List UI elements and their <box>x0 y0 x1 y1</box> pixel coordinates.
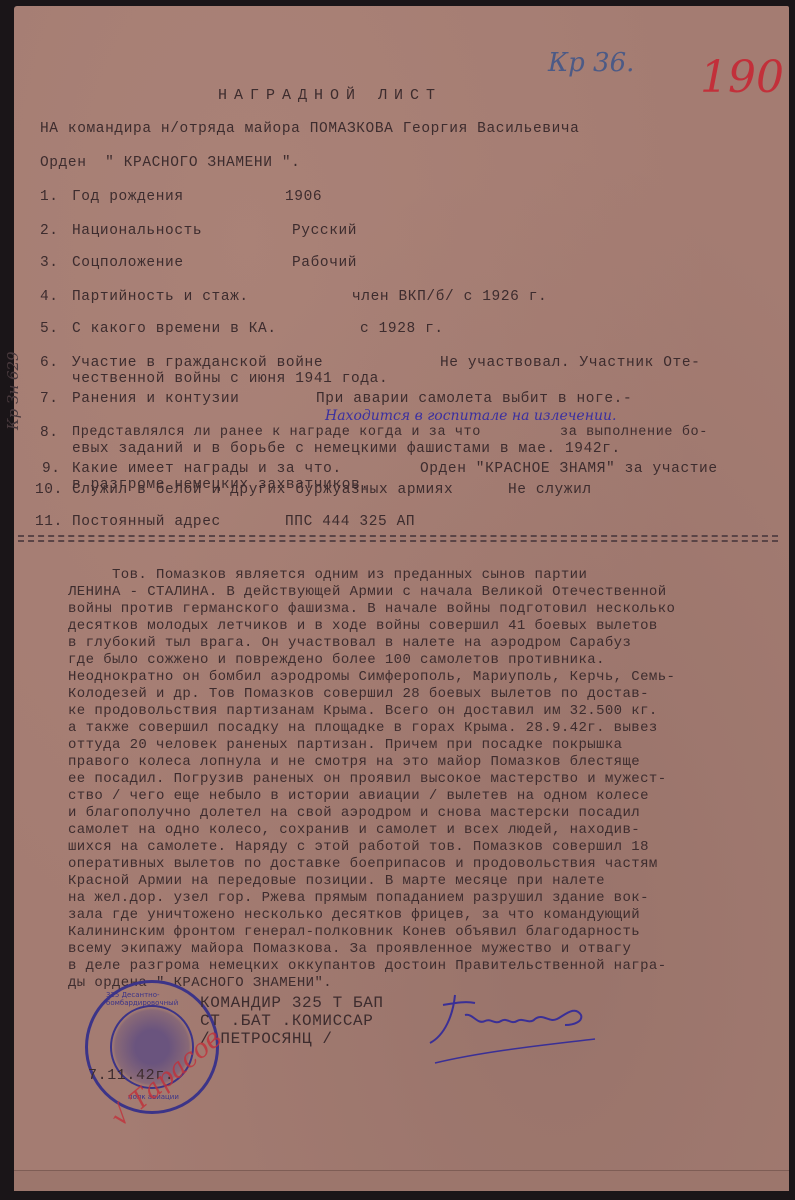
order-line: Орден " КРАСНОГО ЗНАМЕНИ ". <box>40 156 300 171</box>
field-label: Представлялся ли ранее к награде когда и… <box>72 426 481 440</box>
field-value: Рабочий <box>292 256 357 271</box>
field-value: Русский <box>292 224 357 239</box>
field-label: Ранения и контузии <box>72 392 239 407</box>
field-value: Не служил <box>508 483 592 498</box>
field-value: член ВКП/б/ с 1926 г. <box>352 290 547 305</box>
field-label: Соцположение <box>72 256 184 271</box>
field-value: ППС 444 325 АП <box>285 515 415 530</box>
field-label: Национальность <box>72 224 202 239</box>
field-value: 1906 <box>285 190 322 205</box>
signer-commissar: СТ .БАТ .КОМИССАР <box>200 1013 373 1029</box>
field-value-cont: чественной войны с июня 1941 года. <box>72 372 388 387</box>
field-value: При аварии самолета выбит в ноге.- <box>316 392 632 407</box>
page-number: 190 <box>700 52 784 103</box>
field-label: Партийность и стаж. <box>72 290 249 305</box>
field-label: Год рождения <box>72 190 184 205</box>
signer-title: КОМАНДИР 325 Т БАП <box>200 995 384 1011</box>
signature <box>425 985 605 1070</box>
field-label: Какие имеет награды и за что. <box>72 462 342 477</box>
field-label: Участие в гражданской войне <box>72 356 323 371</box>
field-label: Постоянный адрес <box>72 515 221 530</box>
archive-mark: Кр 36. <box>548 48 634 78</box>
field-value: Орден "КРАСНОЕ ЗНАМЯ" за участие <box>420 462 718 477</box>
separator-line <box>18 535 778 537</box>
side-note: Кр Зн 629 <box>4 351 22 430</box>
field-label: Служил в белой и других буржуазных армия… <box>72 483 453 498</box>
paper-torn-edge <box>14 1170 789 1191</box>
field-value-cont: евых заданий и в борьбе с немецкими фаши… <box>72 442 621 457</box>
handwritten-note: Находится в госпитале на излечении. <box>325 408 616 424</box>
field-label: С какого времени в КА. <box>72 322 277 337</box>
separator-line <box>18 540 778 542</box>
field-value: Не участвовал. Участник Оте- <box>440 356 700 371</box>
subject-line: НА командира н/отряда майора ПОМАЗКОВА Г… <box>40 122 579 137</box>
signature-icon <box>425 985 605 1065</box>
document-title: НАГРАДНОЙ ЛИСТ <box>218 88 442 103</box>
field-value: за выполнение бо- <box>560 426 708 440</box>
field-value: с 1928 г. <box>360 322 444 337</box>
